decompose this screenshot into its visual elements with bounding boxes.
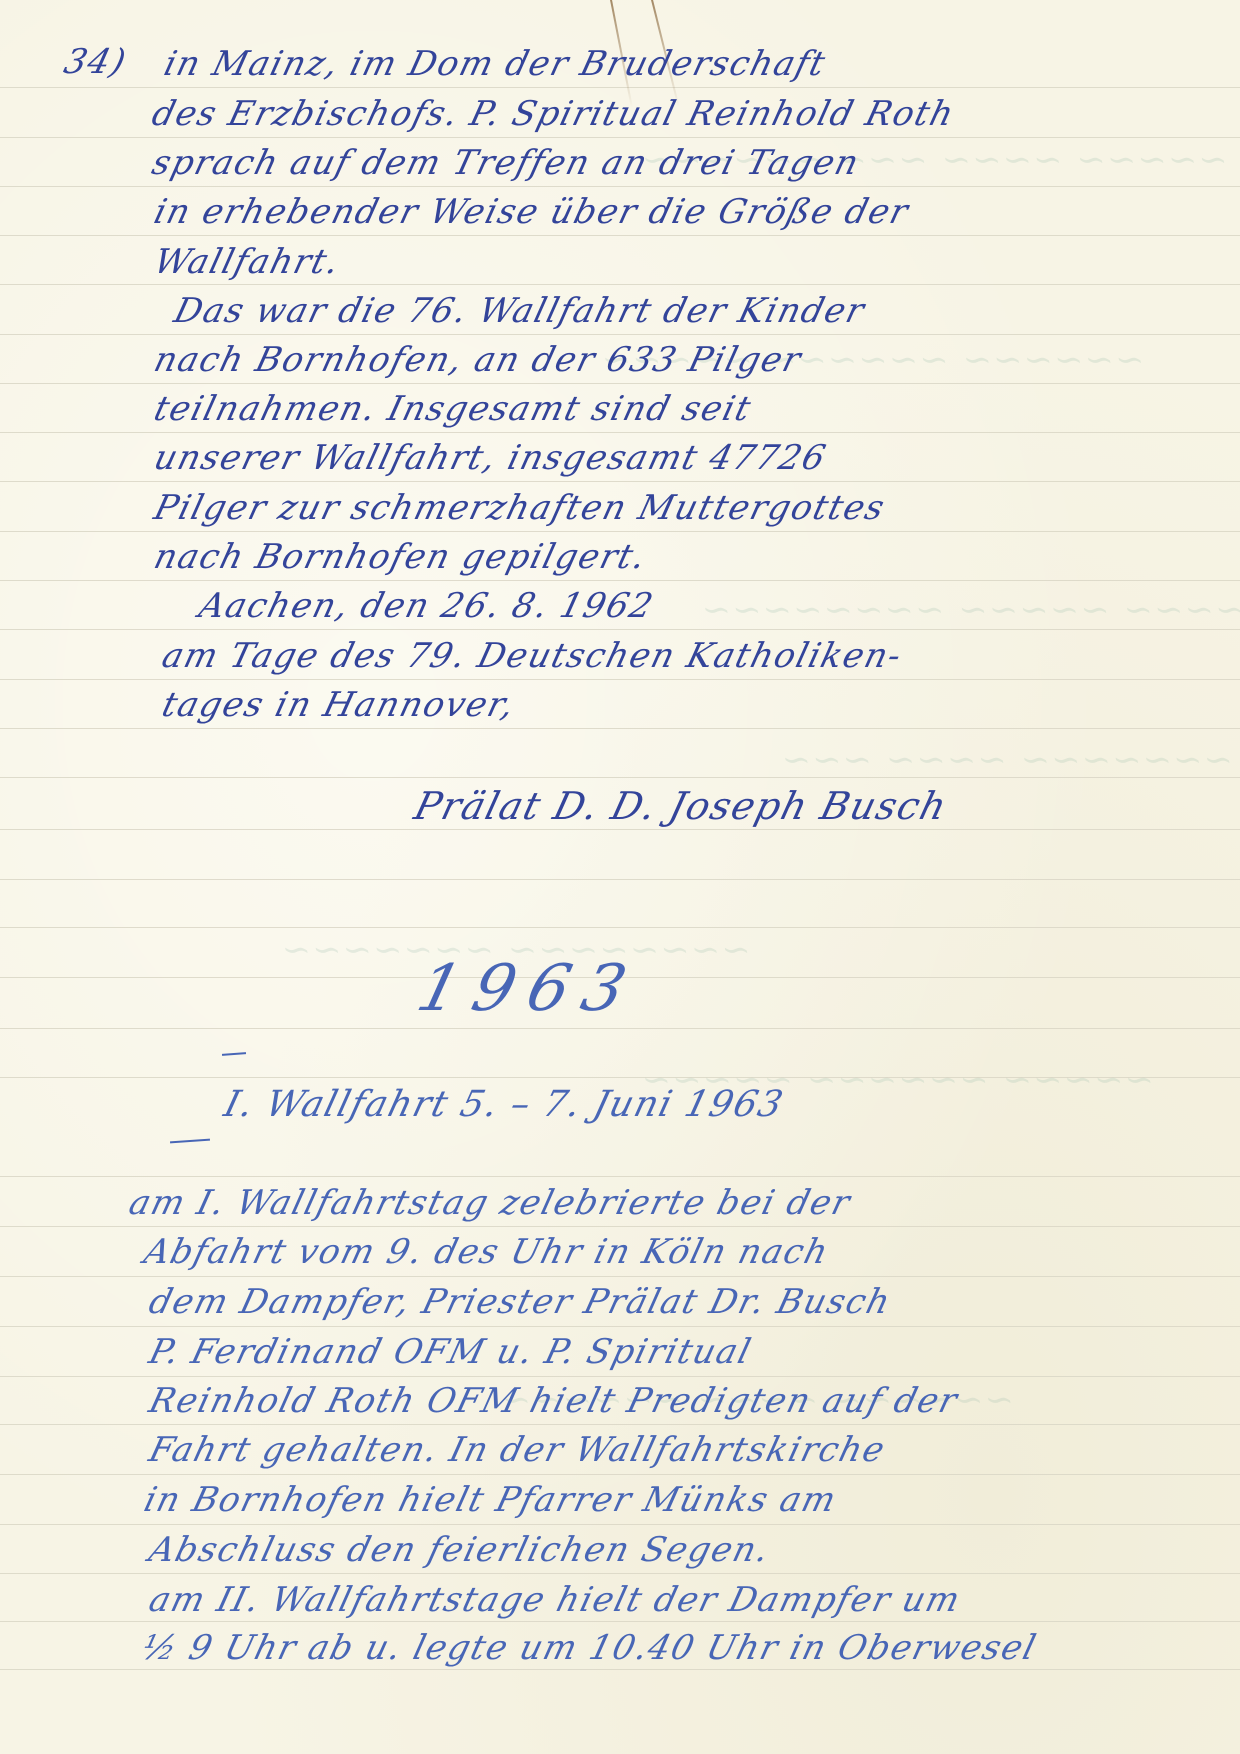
ruled-line <box>0 879 1240 880</box>
ruled-line <box>0 186 1240 187</box>
text-line: Pilger zur schmerzhaften Muttergottes <box>150 488 890 528</box>
page-number: 34) <box>60 42 131 82</box>
ruled-line <box>0 1669 1240 1670</box>
text-line: in Mainz, im Dom der Bruderschaft <box>160 44 830 84</box>
year-heading: 1963 <box>410 952 647 1026</box>
ruled-line <box>0 284 1240 285</box>
ruled-line <box>0 1326 1240 1327</box>
text-line: Das war die 76. Wallfahrt der Kinder <box>170 291 869 331</box>
signature: Prälat D. D. Joseph Busch <box>410 784 952 828</box>
ruled-line <box>0 432 1240 433</box>
text-line: ½ 9 Uhr ab u. legte um 10.40 Uhr in Ober… <box>138 1628 1041 1668</box>
text-line: Abfahrt vom 9. des Uhr in Köln nach <box>140 1232 833 1272</box>
place-date-line: Aachen, den 26. 8. 1962 <box>195 586 658 626</box>
text-line: Fahrt gehalten. In der Wallfahrtskirche <box>145 1430 890 1470</box>
subheading: I. Wallfahrt 5. – 7. Juni 1963 <box>220 1084 788 1125</box>
text-line: dem Dampfer, Priester Prälat Dr. Busch <box>145 1282 895 1322</box>
text-line: in Bornhofen hielt Pfarrer Münks am <box>140 1480 841 1520</box>
text-line: des Erzbischofs. P. Spiritual Reinhold R… <box>148 94 959 134</box>
text-line: teilnahmen. Insgesamt sind seit <box>150 389 756 429</box>
handwritten-page: ~~~~~ ~~~~ ~~~ ~~~~~~ ~~~~~~ ~~~~~~ ~~~~… <box>0 0 1240 1754</box>
ruled-line <box>0 1524 1240 1525</box>
ruled-line <box>0 1376 1240 1377</box>
text-line: Reinhold Roth OFM hielt Predigten auf de… <box>145 1381 962 1421</box>
text-line: am Tage des 79. Deutschen Katholiken- <box>158 636 907 676</box>
ruled-line <box>0 1621 1240 1622</box>
ruled-line <box>0 383 1240 384</box>
ruled-line <box>0 531 1240 532</box>
ruled-line <box>0 927 1240 928</box>
text-line: P. Ferdinand OFM u. P. Spiritual <box>145 1332 756 1372</box>
ruled-line <box>0 1424 1240 1425</box>
ruled-line <box>0 87 1240 88</box>
ruled-line <box>0 1573 1240 1574</box>
text-line: Wallfahrt. <box>150 242 344 282</box>
ruled-line <box>0 679 1240 680</box>
text-line: am I. Wallfahrtstag zelebrierte bei der <box>125 1183 855 1223</box>
ruled-line <box>0 1276 1240 1277</box>
ruled-line <box>0 1474 1240 1475</box>
underline-mark <box>170 1139 210 1144</box>
ruled-line <box>0 1028 1240 1029</box>
text-line: tages in Hannover, <box>158 685 519 725</box>
text-line: nach Bornhofen gepilgert. <box>150 537 651 577</box>
ruled-line <box>0 235 1240 236</box>
text-line: in erhebender Weise über die Größe der <box>150 192 913 232</box>
text-line: unserer Wallfahrt, insgesamt 47726 <box>150 438 831 478</box>
underline-mark <box>222 1052 246 1056</box>
ruled-line <box>0 580 1240 581</box>
text-line: am II. Wallfahrtstage hielt der Dampfer … <box>145 1580 965 1620</box>
ruled-line <box>0 829 1240 830</box>
text-line: sprach auf dem Treffen an drei Tagen <box>148 143 864 183</box>
text-line: Abschluss den feierlichen Segen. <box>145 1530 774 1570</box>
text-line: nach Bornhofen, an der 633 Pilger <box>150 340 806 380</box>
ruled-line <box>0 728 1240 729</box>
ruled-line <box>0 334 1240 335</box>
ruled-line <box>0 481 1240 482</box>
ruled-line <box>0 1176 1240 1177</box>
ruled-line <box>0 137 1240 138</box>
ruled-line <box>0 1226 1240 1227</box>
